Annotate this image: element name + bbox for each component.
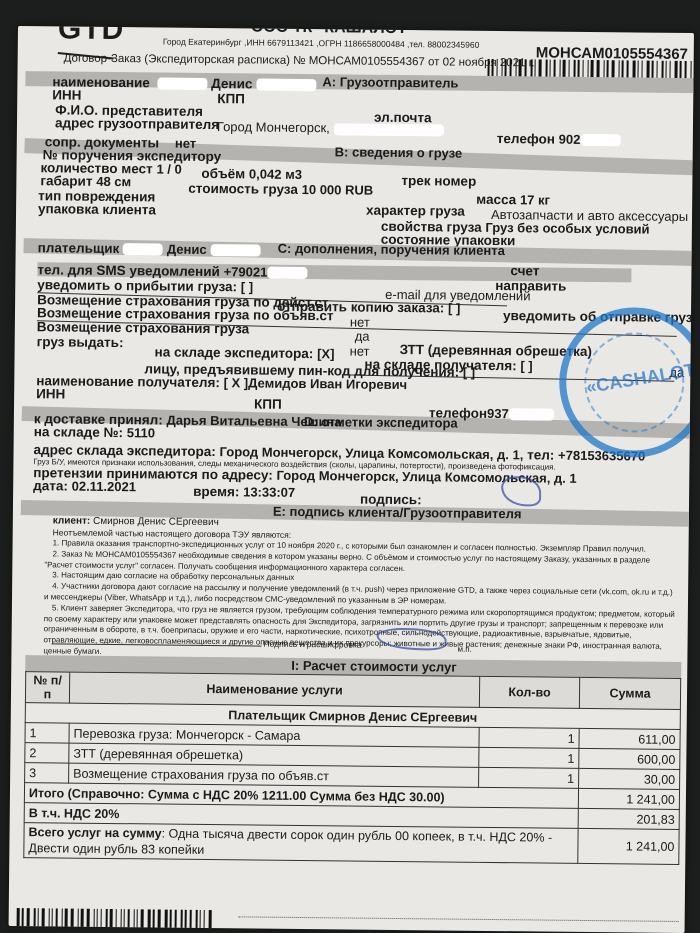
tear-line [239,916,679,922]
time-value: 13:33:07 [243,484,295,500]
col-sum: Сумма [579,677,680,709]
redacted [210,244,260,257]
at-forwarder-label: на складе экспедитора: [155,344,314,361]
sender-kpp-label: КПП [217,91,245,106]
section-e-title: E: подпись клиента/Грузоотправителя [273,504,522,522]
sender-city: Город Мончегорск, [217,119,330,135]
receiver-inn-label: ИНН [36,386,65,401]
row-sum: 611,00 [579,728,680,749]
size-label: габарит 48 см [40,173,131,189]
date: дата: 02.11.2021 [33,478,136,494]
sender-phone-label: телефон 902 [497,131,621,147]
client-stamp-place: м.п. [457,645,471,654]
col-qty: Кол-во [479,676,579,708]
receiver-value: [ X ]Демидов Иван Игоревич [224,375,408,392]
release-label: груз выдать: [37,334,124,350]
grand-value: 1 241,00 [578,828,679,864]
row-qty: 1 [479,767,579,788]
gtd-logo: GTD [58,26,125,47]
cost-value: 10 000 RUB [302,182,374,198]
receiver-phone-value: 937 [487,406,509,421]
payer-label-text: плательщик [38,240,120,256]
barcode-bottom [16,908,212,933]
sign-label: Подпись и расшифровка [263,639,361,650]
row-qty: 1 [479,747,579,768]
volume-label-text: объём [201,166,245,181]
row-sum: 600,00 [579,748,680,769]
time: время: 13:33:07 [193,484,295,500]
client-label: клиент: [53,515,91,526]
total-value: 1 241,00 [578,788,679,809]
payer-label: плательщик Денис [38,240,261,257]
client-value: Смирнов Денис СЕргеевич [93,516,219,528]
term-item: 5. Клиент заверяет Экспедитора, что груз… [43,603,679,664]
warehouse-phone-label: тел: [527,447,554,462]
sender-phone-value: 902 [559,132,581,147]
mass-value: 17 кг [520,192,550,207]
grand-row: Всего услуг на сумму: Одна тысяча двести… [24,823,679,865]
at-forwarder-checkbox[interactable]: [X] [317,346,334,361]
waybill-document: GTD ООО ТК "КАШАЛОТ" Город Екатеринбург … [9,26,694,933]
cost-label-text: стоимость груза [188,181,298,197]
sender-address-value: Город Мончегорск, [217,119,444,136]
redacted [509,409,554,421]
section-a-title: А: Грузоотправитель [322,74,458,90]
row-number: 1 [25,723,69,743]
warehouse-value: 5110 [127,425,155,440]
redacted [333,123,443,136]
row-sum: 30,00 [579,768,680,789]
at-forwarder[interactable]: на складе экспедитора: [X] [155,344,335,361]
section-i-title: I: Расчет стоимости услуг [291,658,457,675]
date-value: 02.11.2021 [72,479,137,495]
grand-label-bold: Всего услуг на сумму [28,825,161,840]
row-number: 3 [25,763,69,783]
redacted [123,244,163,256]
vat-value: 201,83 [578,808,679,829]
payer-value: Денис [167,242,207,257]
company-name: ООО ТК "КАШАЛОТ" [251,26,415,38]
sms-value: +79021 [224,264,268,279]
sender-name-value: Денис [157,75,316,92]
date-label: дата: [33,478,68,493]
warehouse-number: на складе №: 5110 [34,424,155,440]
places-value: 1 / 0 [156,161,181,176]
accepted-value: Дарья Витальевна Чешина [166,413,341,430]
contract-title: Договор-Заказ (Экспедиторская расписка) … [64,52,535,69]
cost-label: стоимость груза 10 000 RUB [188,181,373,198]
redacted [256,79,316,92]
ins-declared-value: да [355,329,370,344]
volume-value: 0,042 м3 [249,166,302,182]
receiver: наименование получателя: [ X ]Демидов Ив… [36,373,407,392]
section-b-title: B: сведения о грузе [335,144,463,160]
sender-inn-label: ИНН [52,87,81,102]
send-copy-checkbox[interactable]: [ ] [448,301,460,316]
row-number: 2 [25,743,69,763]
volume-label: объём 0,042 м3 [201,166,302,182]
sender-first-name: Денис [211,76,252,91]
notify-arrival-checkbox[interactable]: [ ] [241,279,253,294]
signature-scribble [501,476,541,506]
sender-address-label: адрес грузоотправителя [55,115,219,132]
track-label: трек номер [401,173,476,189]
phone-label-text: телефон [497,131,555,147]
warehouse-label: на складе №: [34,424,123,440]
grand-label: Всего услуг на сумму: Одна тысяча двести… [24,823,578,864]
services-table: № п/п Наименование услуги Кол-во Сумма П… [23,671,681,865]
pin-code-checkbox[interactable]: [ ] [463,365,475,380]
redacted [580,134,620,146]
redacted [157,78,207,91]
time-label: время: [193,484,239,499]
col-number: № п/п [25,672,69,703]
redacted [267,267,307,279]
invoice-label: счет [510,263,539,278]
col-service: Наименование услуги [69,672,479,707]
mass-label-text: масса [476,192,516,207]
mass-label: масса 17 кг [476,192,550,208]
size-label-text: габарит [40,173,92,189]
nature-label: характер груза [366,203,465,219]
packing-label: упаковка клиента [38,201,156,217]
row-qty: 1 [479,727,579,748]
section-c-title: С: дополнения, поручения клиента [278,241,505,258]
receiver-kpp-label: КПП [254,396,282,411]
at-receiver-checkbox[interactable]: [ ] [520,358,532,373]
size-value: 48 см [96,174,131,189]
client: клиент: Смирнов Денис СЕргеевич [53,515,219,528]
company-details: Город Екатеринбург ,ИНН 6679113421 ,ОГРН… [163,37,480,50]
